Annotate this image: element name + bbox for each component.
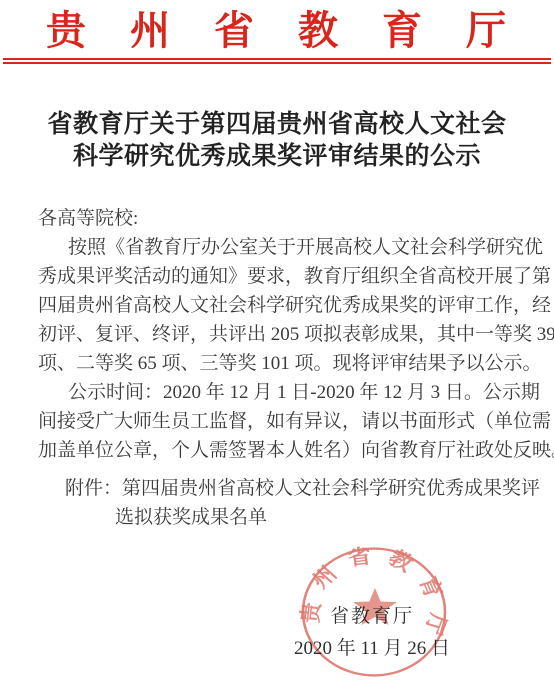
body-line: 按照《省教育厅办公室关于开展高校人文社会科学研究优 <box>38 233 518 262</box>
body-line: 公示时间：2020 年 12 月 1 日-2020 年 12 月 3 日。公示期 <box>38 378 518 407</box>
document-title: 省教育厅关于第四届贵州省高校人文社会 科学研究优秀成果奖评审结果的公示 <box>0 109 554 173</box>
document-title-line-1: 省教育厅关于第四届贵州省高校人文社会 <box>0 109 554 141</box>
signature-date: 2020 年 11 月 26 日 <box>266 637 478 661</box>
salutation: 各高等院校: <box>38 204 518 233</box>
document-body: 各高等院校: 按照《省教育厅办公室关于开展高校人文社会科学研究优 秀成果评奖活动… <box>38 204 518 532</box>
body-line: 项、二等奖 65 项、三等奖 101 项。现将评审结果予以公示。 <box>38 349 518 378</box>
letterhead: 贵 州 省 教 育 厅 <box>0 0 554 64</box>
paragraph-review-process: 按照《省教育厅办公室关于开展高校人文社会科学研究优 秀成果评奖活动的通知》要求，… <box>38 233 518 378</box>
attachment-line-2: 选拟获奖成果名单 <box>115 503 518 532</box>
body-line: 间接受广大师生员工监督，如有异议，请以书面形式（单位需 <box>38 407 518 436</box>
attachment-line-1: 附件：第四届贵州省高校人文社会科学研究优秀成果奖评 <box>65 474 518 503</box>
signature-agency: 省教育厅 <box>266 604 478 630</box>
body-line: 初评、复评、终评，共评出 205 项拟表彰成果，其中一等奖 39 <box>38 320 518 349</box>
letterhead-divider <box>3 58 551 64</box>
signature-block: 省教育厅 2020 年 11 月 26 日 <box>266 604 478 661</box>
document-page: 贵 州 省 教 育 厅 省教育厅关于第四届贵州省高校人文社会 科学研究优秀成果奖… <box>0 0 554 689</box>
attachment-note: 附件：第四届贵州省高校人文社会科学研究优秀成果奖评 选拟获奖成果名单 <box>38 474 518 532</box>
body-line: 加盖单位公章，个人需签署本人姓名）向省教育厅社政处反映。 <box>38 436 518 465</box>
paragraph-publicity-period: 公示时间：2020 年 12 月 1 日-2020 年 12 月 3 日。公示期… <box>38 378 518 465</box>
document-title-line-2: 科学研究优秀成果奖评审结果的公示 <box>0 141 554 173</box>
body-line: 四届贵州省高校人文社会科学研究优秀成果奖的评审工作，经 <box>38 291 518 320</box>
body-line: 秀成果评奖活动的通知》要求，教育厅组织全省高校开展了第 <box>38 262 518 291</box>
agency-masthead: 贵 州 省 教 育 厅 <box>0 7 554 54</box>
